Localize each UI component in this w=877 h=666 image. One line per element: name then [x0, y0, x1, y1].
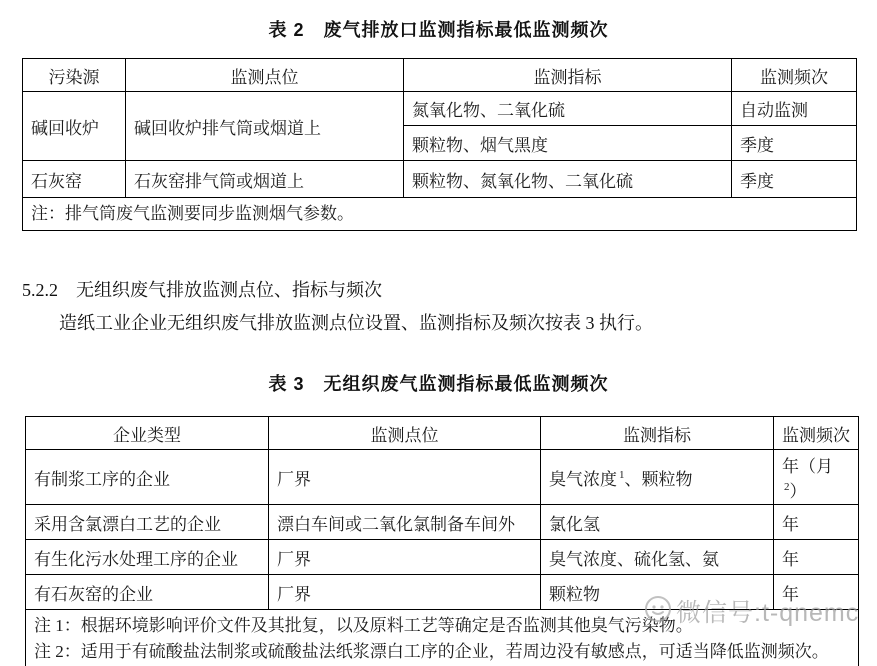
frequency-text: ）	[790, 482, 807, 501]
cell-type-chlorine-bleaching: 采用含氯漂白工艺的企业	[26, 505, 269, 540]
table-row: 有生化污水处理工序的企业 厂界 臭气浓度、硫化氢、氨 年	[26, 540, 859, 575]
section-heading-5-2-2: 5.2.2 无组织废气排放监测点位、指标与频次	[22, 276, 382, 302]
cell-freq-auto: 自动监测	[732, 92, 857, 126]
cell-point-bleaching-workshop: 漂白车间或二氧化氯制备车间外	[269, 505, 541, 540]
cell-type-biochemical-wastewater: 有生化污水处理工序的企业	[26, 540, 269, 575]
table-header-row: 企业类型 监测点位 监测指标 监测频次	[26, 417, 859, 450]
cell-indicator-odor-h2s-nh3: 臭气浓度、硫化氢、氨	[541, 540, 774, 575]
section-body-text: 造纸工业企业无组织废气排放监测点位设置、监测指标及频次按表 3 执行。	[59, 309, 653, 335]
table-row: 采用含氯漂白工艺的企业 漂白车间或二氧化氯制备车间外 氯化氢 年	[26, 505, 859, 540]
cell-indicator-hcl: 氯化氢	[541, 505, 774, 540]
cell-point-factory-boundary: 厂界	[269, 540, 541, 575]
cell-point-factory-boundary: 厂界	[269, 575, 541, 610]
table3-header-monitoring-frequency: 监测频次	[774, 417, 859, 450]
table3-header-monitoring-point: 监测点位	[269, 417, 541, 450]
cell-point-alkali-furnace: 碱回收炉排气筒或烟道上	[126, 92, 404, 161]
cell-type-lime-kiln: 有石灰窑的企业	[26, 575, 269, 610]
cell-indicator-odor-particulate: 臭气浓度1、颗粒物	[541, 450, 774, 505]
cell-source-alkali-furnace: 碱回收炉	[23, 92, 126, 161]
table2-header-monitoring-indicator: 监测指标	[404, 59, 732, 92]
table-row: 有制浆工序的企业 厂界 臭气浓度1、颗粒物 年（月2）	[26, 450, 859, 505]
cell-indicator-lime-kiln: 颗粒物、氮氧化物、二氧化硫	[404, 161, 732, 198]
cell-indicator-particulate: 颗粒物	[541, 575, 774, 610]
cell-freq-lime-quarterly: 季度	[732, 161, 857, 198]
table-note-row: 注：排气筒废气监测要同步监测烟气参数。	[23, 198, 857, 231]
table3-header-enterprise-type: 企业类型	[26, 417, 269, 450]
indicator-text: 、颗粒物	[625, 470, 693, 489]
cell-freq-year: 年	[774, 540, 859, 575]
table-notes-row: 注 1：根据环境影响评价文件及其批复，以及原料工艺等确定是否监测其他臭气污染物。…	[26, 610, 859, 666]
table2-emission-outlet-monitoring: 污染源 监测点位 监测指标 监测频次 碱回收炉 碱回收炉排气筒或烟道上 氮氧化物…	[22, 58, 857, 231]
cell-source-lime-kiln: 石灰窑	[23, 161, 126, 198]
document-page: 表 2 废气排放口监测指标最低监测频次 污染源 监测点位 监测指标 监测频次 碱…	[0, 0, 877, 666]
table-row: 碱回收炉 碱回收炉排气筒或烟道上 氮氧化物、二氧化硫 自动监测	[23, 92, 857, 126]
cell-freq-year: 年	[774, 505, 859, 540]
table2-title: 表 2 废气排放口监测指标最低监测频次	[0, 16, 877, 42]
table3-note-2: 注 2：适用于有硫酸盐法制浆或硫酸盐法纸浆漂白工序的企业，若周边没有敏感点，可适…	[34, 639, 850, 665]
cell-point-factory-boundary: 厂界	[269, 450, 541, 505]
table2-header-pollution-source: 污染源	[23, 59, 126, 92]
cell-indicator-particulate-blackness: 颗粒物、烟气黑度	[404, 126, 732, 161]
cell-type-pulping: 有制浆工序的企业	[26, 450, 269, 505]
table3-notes: 注 1：根据环境影响评价文件及其批复，以及原料工艺等确定是否监测其他臭气污染物。…	[26, 610, 859, 666]
table-row: 有石灰窑的企业 厂界 颗粒物 年	[26, 575, 859, 610]
table2-header-monitoring-frequency: 监测频次	[732, 59, 857, 92]
table2-note: 注：排气筒废气监测要同步监测烟气参数。	[23, 198, 857, 231]
indicator-text: 臭气浓度	[549, 470, 617, 489]
cell-freq-year-month: 年（月2）	[774, 450, 859, 505]
table-header-row: 污染源 监测点位 监测指标 监测频次	[23, 59, 857, 92]
cell-freq-year: 年	[774, 575, 859, 610]
cell-freq-quarterly: 季度	[732, 126, 857, 161]
table3-title: 表 3 无组织废气监测指标最低监测频次	[0, 370, 877, 396]
table3-fugitive-emission-monitoring: 企业类型 监测点位 监测指标 监测频次 有制浆工序的企业 厂界 臭气浓度1、颗粒…	[25, 416, 859, 666]
cell-point-lime-kiln: 石灰窑排气筒或烟道上	[126, 161, 404, 198]
cell-indicator-nox-so2: 氮氧化物、二氧化硫	[404, 92, 732, 126]
table-row: 石灰窑 石灰窑排气筒或烟道上 颗粒物、氮氧化物、二氧化硫 季度	[23, 161, 857, 198]
frequency-text: 年（月	[782, 457, 833, 476]
table3-note-1: 注 1：根据环境影响评价文件及其批复，以及原料工艺等确定是否监测其他臭气污染物。	[34, 613, 850, 639]
table2-header-monitoring-point: 监测点位	[126, 59, 404, 92]
table3-header-monitoring-indicator: 监测指标	[541, 417, 774, 450]
